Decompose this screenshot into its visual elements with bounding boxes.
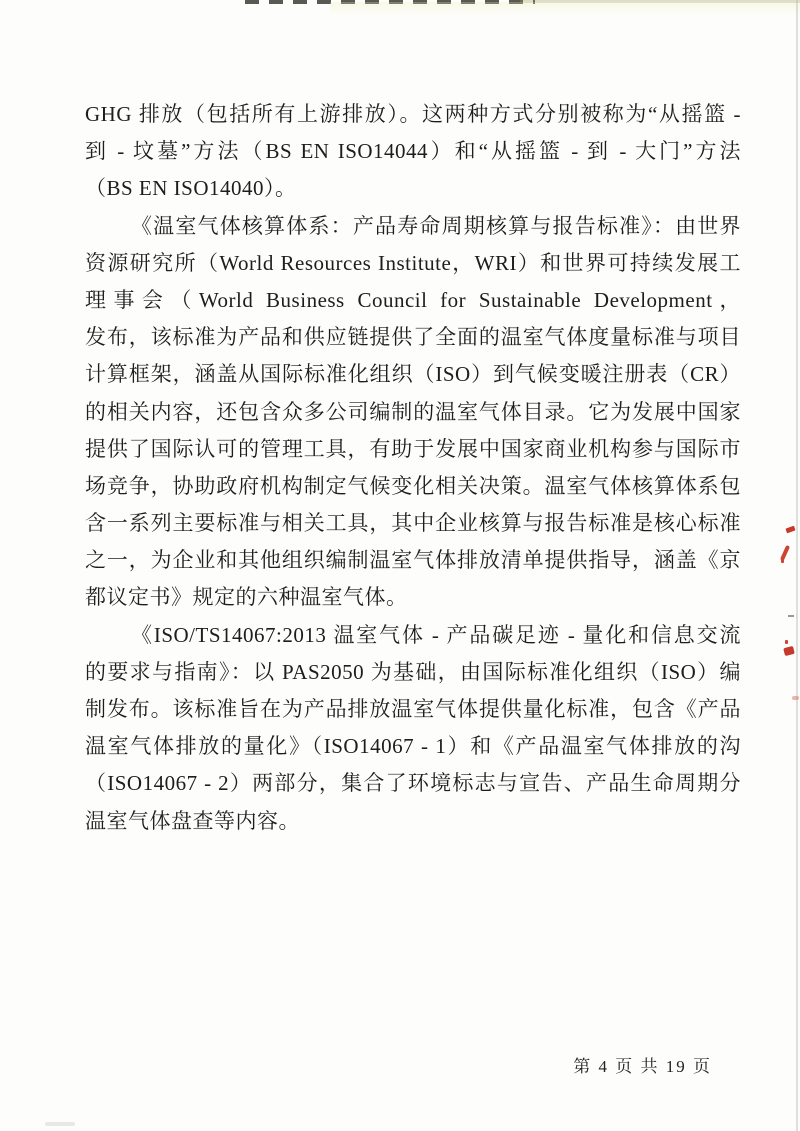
text-line: 制发布。该标准旨在为产品排放温室气体提供量化标准，包含《产品 (85, 691, 741, 728)
document-body: GHG 排放（包括所有上游排放）。这两种方式分别被称为“从摇篮 - 到 - 坟墓… (85, 96, 741, 840)
red-ink-mark (792, 696, 799, 700)
scan-edge-artifact-right-line (796, 0, 798, 1131)
text-line: （ISO14067 - 2）两部分，集合了环境标志与宣告、产品生命周期分析、 (85, 765, 741, 802)
text-line: 提供了国际认可的管理工具，有助于发展中国家商业机构参与国际市 (85, 431, 741, 468)
red-ink-mark (781, 559, 784, 563)
text-line: 计算框架，涵盖从国际标准化组织（ISO）到气候变暖注册表（CR） (85, 356, 741, 393)
scanned-document-page: GHG 排放（包括所有上游排放）。这两种方式分别被称为“从摇篮 - 到 - 坟墓… (0, 0, 800, 1131)
text-line: 理事会（World Business Council for Sustainab… (85, 282, 741, 319)
text-line: 都议定书》规定的六种温室气体。 (85, 579, 741, 616)
red-ink-mark (785, 640, 788, 644)
scan-smudge (45, 1122, 75, 1126)
red-ink-mark (783, 646, 795, 656)
text-line: 的相关内容，还包含众多公司编制的温室气体目录。它为发展中国家 (85, 394, 741, 431)
gray-pencil-mark (788, 615, 794, 617)
text-line: 到 - 坟墓”方法（BS EN ISO14044）和“从摇篮 - 到 - 大门”… (85, 133, 741, 170)
text-line: GHG 排放（包括所有上游排放）。这两种方式分别被称为“从摇篮 - (85, 96, 741, 133)
text-line: 资源研究所（World Resources Institute，WRI）和世界可… (85, 245, 741, 282)
text-line: 含一系列主要标准与相关工具，其中企业核算与报告标准是核心标准 (85, 505, 741, 542)
text-line: 发布，该标准为产品和供应链提供了全面的温室气体度量标准与项目 (85, 319, 741, 356)
scan-edge-artifact-top-tint (330, 2, 800, 15)
text-line: 场竞争，协助政府机构制定气候变化相关决策。温室气体核算体系包 (85, 468, 741, 505)
text-line: 《ISO/TS14067:2013 温室气体 - 产品碳足迹 - 量化和信息交流 (85, 617, 741, 654)
page-number-footer: 第 4 页 共 19 页 (573, 1052, 712, 1077)
text-line: 的要求与指南》：以 PAS2050 为基础，由国际标准化组织（ISO）编 (85, 654, 741, 691)
text-line: 《温室气体核算体系：产品寿命周期核算与报告标准》：由世界 (85, 208, 741, 245)
text-line: 温室气体盘查等内容。 (85, 803, 741, 840)
text-line: （BS EN ISO14040）。 (85, 170, 741, 207)
red-ink-mark (785, 526, 795, 534)
text-line: 之一，为企业和其他组织编制温室气体排放清单提供指导，涵盖《京 (85, 542, 741, 579)
text-line: 温室气体排放的量化》（ISO14067 - 1）和《产品温室气体排放的沟通》 (85, 728, 741, 765)
